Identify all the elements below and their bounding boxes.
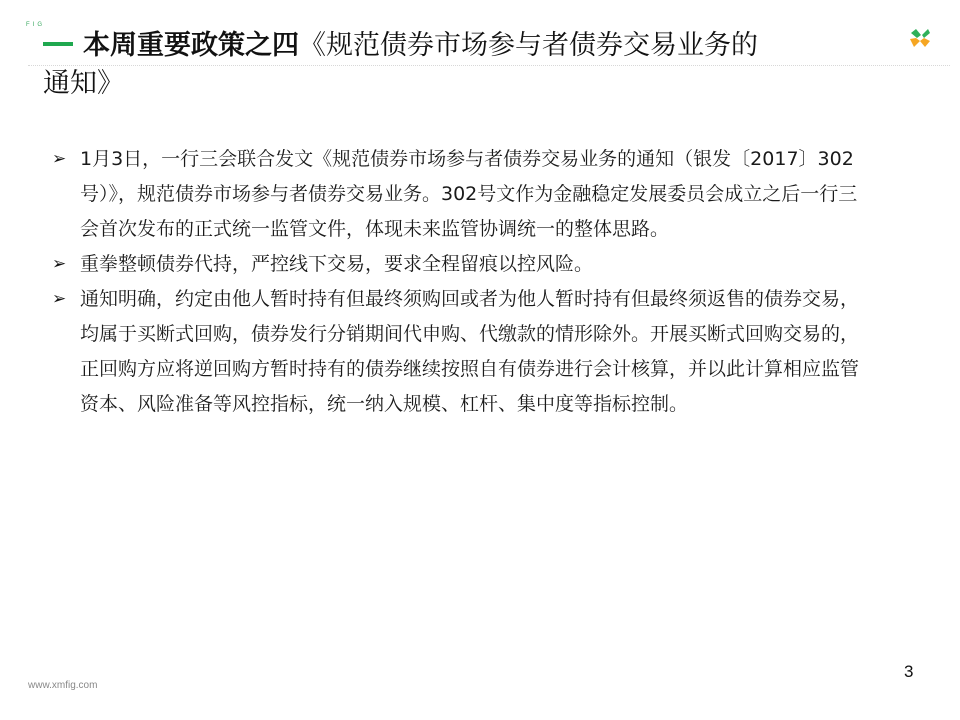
page-number: 3 <box>904 662 913 682</box>
bullet-list: ➢ 1月3日，一行三会联合发文《规范债券市场参与者债券交易业务的通知（银发〔20… <box>52 142 872 422</box>
bullet-text: 1月3日，一行三会联合发文《规范债券市场参与者债券交易业务的通知（银发〔2017… <box>80 148 857 240</box>
pinwheel-logo-icon <box>908 27 932 49</box>
bullet-item: ➢ 1月3日，一行三会联合发文《规范债券市场参与者债券交易业务的通知（银发〔20… <box>52 142 872 247</box>
header-divider <box>28 65 950 66</box>
bullet-text: 通知明确，约定由他人暂时持有但最终须购回或者为他人暂时持有但最终须返售的债券交易… <box>80 288 859 415</box>
arrow-bullet-icon: ➢ <box>52 142 66 177</box>
title-bold-part: 本周重要政策之四 <box>83 30 299 61</box>
arrow-bullet-icon: ➢ <box>52 247 66 282</box>
title-normal-part: 《规范债券市场参与者债券交易业务的 <box>299 30 758 61</box>
bullet-text: 重拳整顿债券代持，严控线下交易，要求全程留痕以控风险。 <box>80 253 593 275</box>
bullet-item: ➢ 重拳整顿债券代持，严控线下交易，要求全程留痕以控风险。 <box>52 247 872 282</box>
title-continuation: 通知》 <box>43 68 124 99</box>
arrow-bullet-icon: ➢ <box>52 282 66 317</box>
bullet-item: ➢ 通知明确，约定由他人暂时持有但最终须购回或者为他人暂时持有但最终须返售的债券… <box>52 282 872 422</box>
title-accent-dash <box>43 42 73 46</box>
footer-url: www.xmfig.com <box>28 680 97 691</box>
